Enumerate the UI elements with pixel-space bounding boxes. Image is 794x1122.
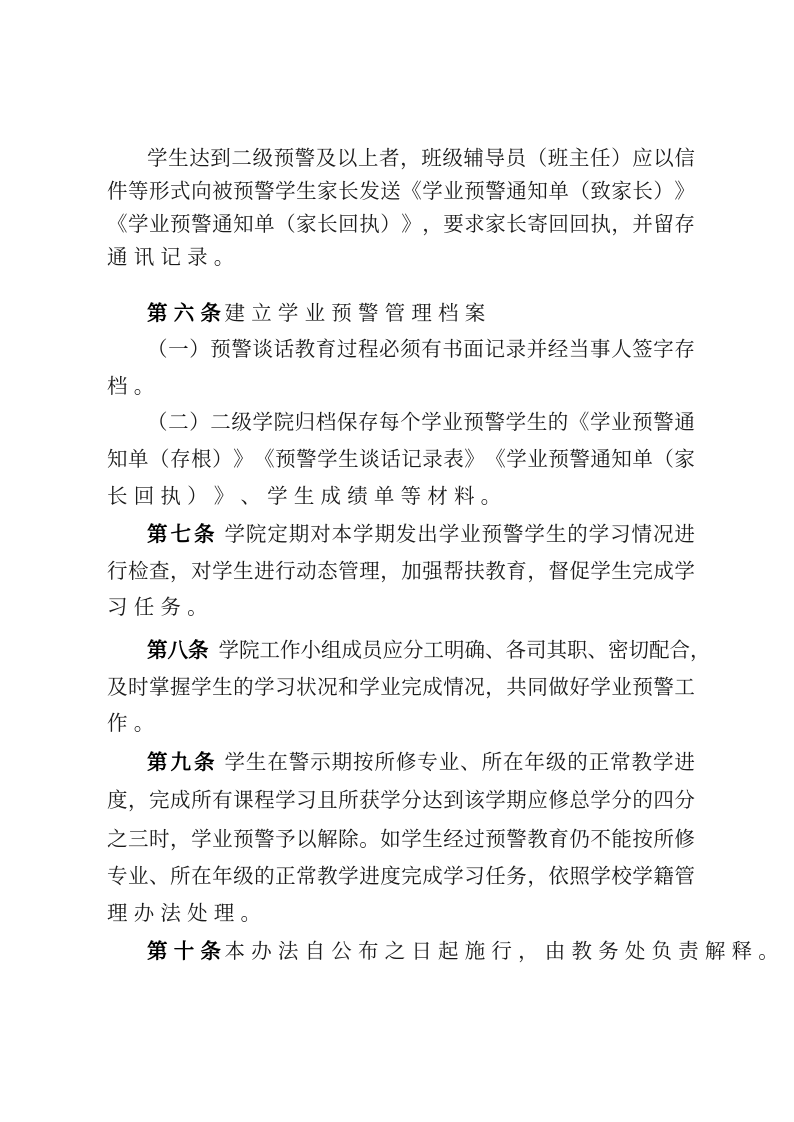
- text-line: （二）二级学院归档保存每个学业预警学生的《学业预警通: [147, 407, 695, 437]
- article-text: 学院定期对本学期发出学业预警学生的学习情况进: [225, 519, 696, 549]
- article-text: 学生在警示期按所修专业、所在年级的正常教学进: [225, 747, 696, 777]
- article-text: 建立学业预警管理档案: [225, 298, 492, 328]
- text-line: 通讯记录。: [107, 242, 695, 272]
- article-text: 学院工作小组成员应分工明确、各司其职、密切配合，: [219, 635, 711, 665]
- text-line: 之三时，学业预警予以解除。如学生经过预警教育仍不能按所修: [107, 824, 695, 854]
- text-line: 档。: [107, 371, 695, 401]
- article-heading: 第十条: [147, 936, 215, 966]
- text-line: 作。: [107, 708, 695, 738]
- text-line: 第十条本办法自公布之日起施行，由教务处负责解释。: [147, 936, 695, 966]
- article-text: 本办法自公布之日起施行，由教务处负责解释。: [225, 936, 785, 966]
- article-heading: 第七条: [147, 519, 215, 549]
- text-line: 长回执）》、学生成绩单等材料。: [107, 481, 695, 511]
- text-line: 第九条学生在警示期按所修专业、所在年级的正常教学进: [147, 747, 695, 777]
- text-line: 第七条学院定期对本学期发出学业预警学生的学习情况进: [147, 519, 695, 549]
- text-line: （一）预警谈话教育过程必须有书面记录并经当事人签字存: [147, 334, 695, 364]
- text-line: 及时掌握学生的学习状况和学业完成情况，共同做好学业预警工: [107, 672, 695, 702]
- text-line: 度，完成所有课程学习且所获学分达到该学期应修总学分的四分: [107, 785, 695, 815]
- article-heading: 第九条: [147, 747, 215, 777]
- text-line: 专业、所在年级的正常教学进度完成学习任务，依照学校学籍管: [107, 861, 695, 891]
- text-line: 《学业预警通知单（家长回执）》，要求家长寄回回执，并留存: [107, 209, 695, 239]
- text-line: 习任务。: [107, 592, 695, 622]
- document-page: 学生达到二级预警及以上者，班级辅导员（班主任）应以信件等形式向被预警学生家长发送…: [0, 0, 794, 1122]
- text-line: 第六条建立学业预警管理档案: [147, 298, 695, 328]
- text-line: 行检查，对学生进行动态管理，加强帮扶教育，督促学生完成学: [107, 556, 695, 586]
- article-heading: 第八条: [147, 635, 209, 665]
- text-line: 知单（存根）》《预警学生谈话记录表》《学业预警通知单（家: [107, 444, 695, 474]
- text-line: 理办法处理。: [107, 898, 695, 928]
- text-line: 第八条学院工作小组成员应分工明确、各司其职、密切配合，: [147, 635, 695, 665]
- text-line: 件等形式向被预警学生家长发送《学业预警通知单（致家长）》: [107, 176, 695, 206]
- text-line: 学生达到二级预警及以上者，班级辅导员（班主任）应以信: [147, 143, 695, 173]
- article-heading: 第六条: [147, 298, 215, 328]
